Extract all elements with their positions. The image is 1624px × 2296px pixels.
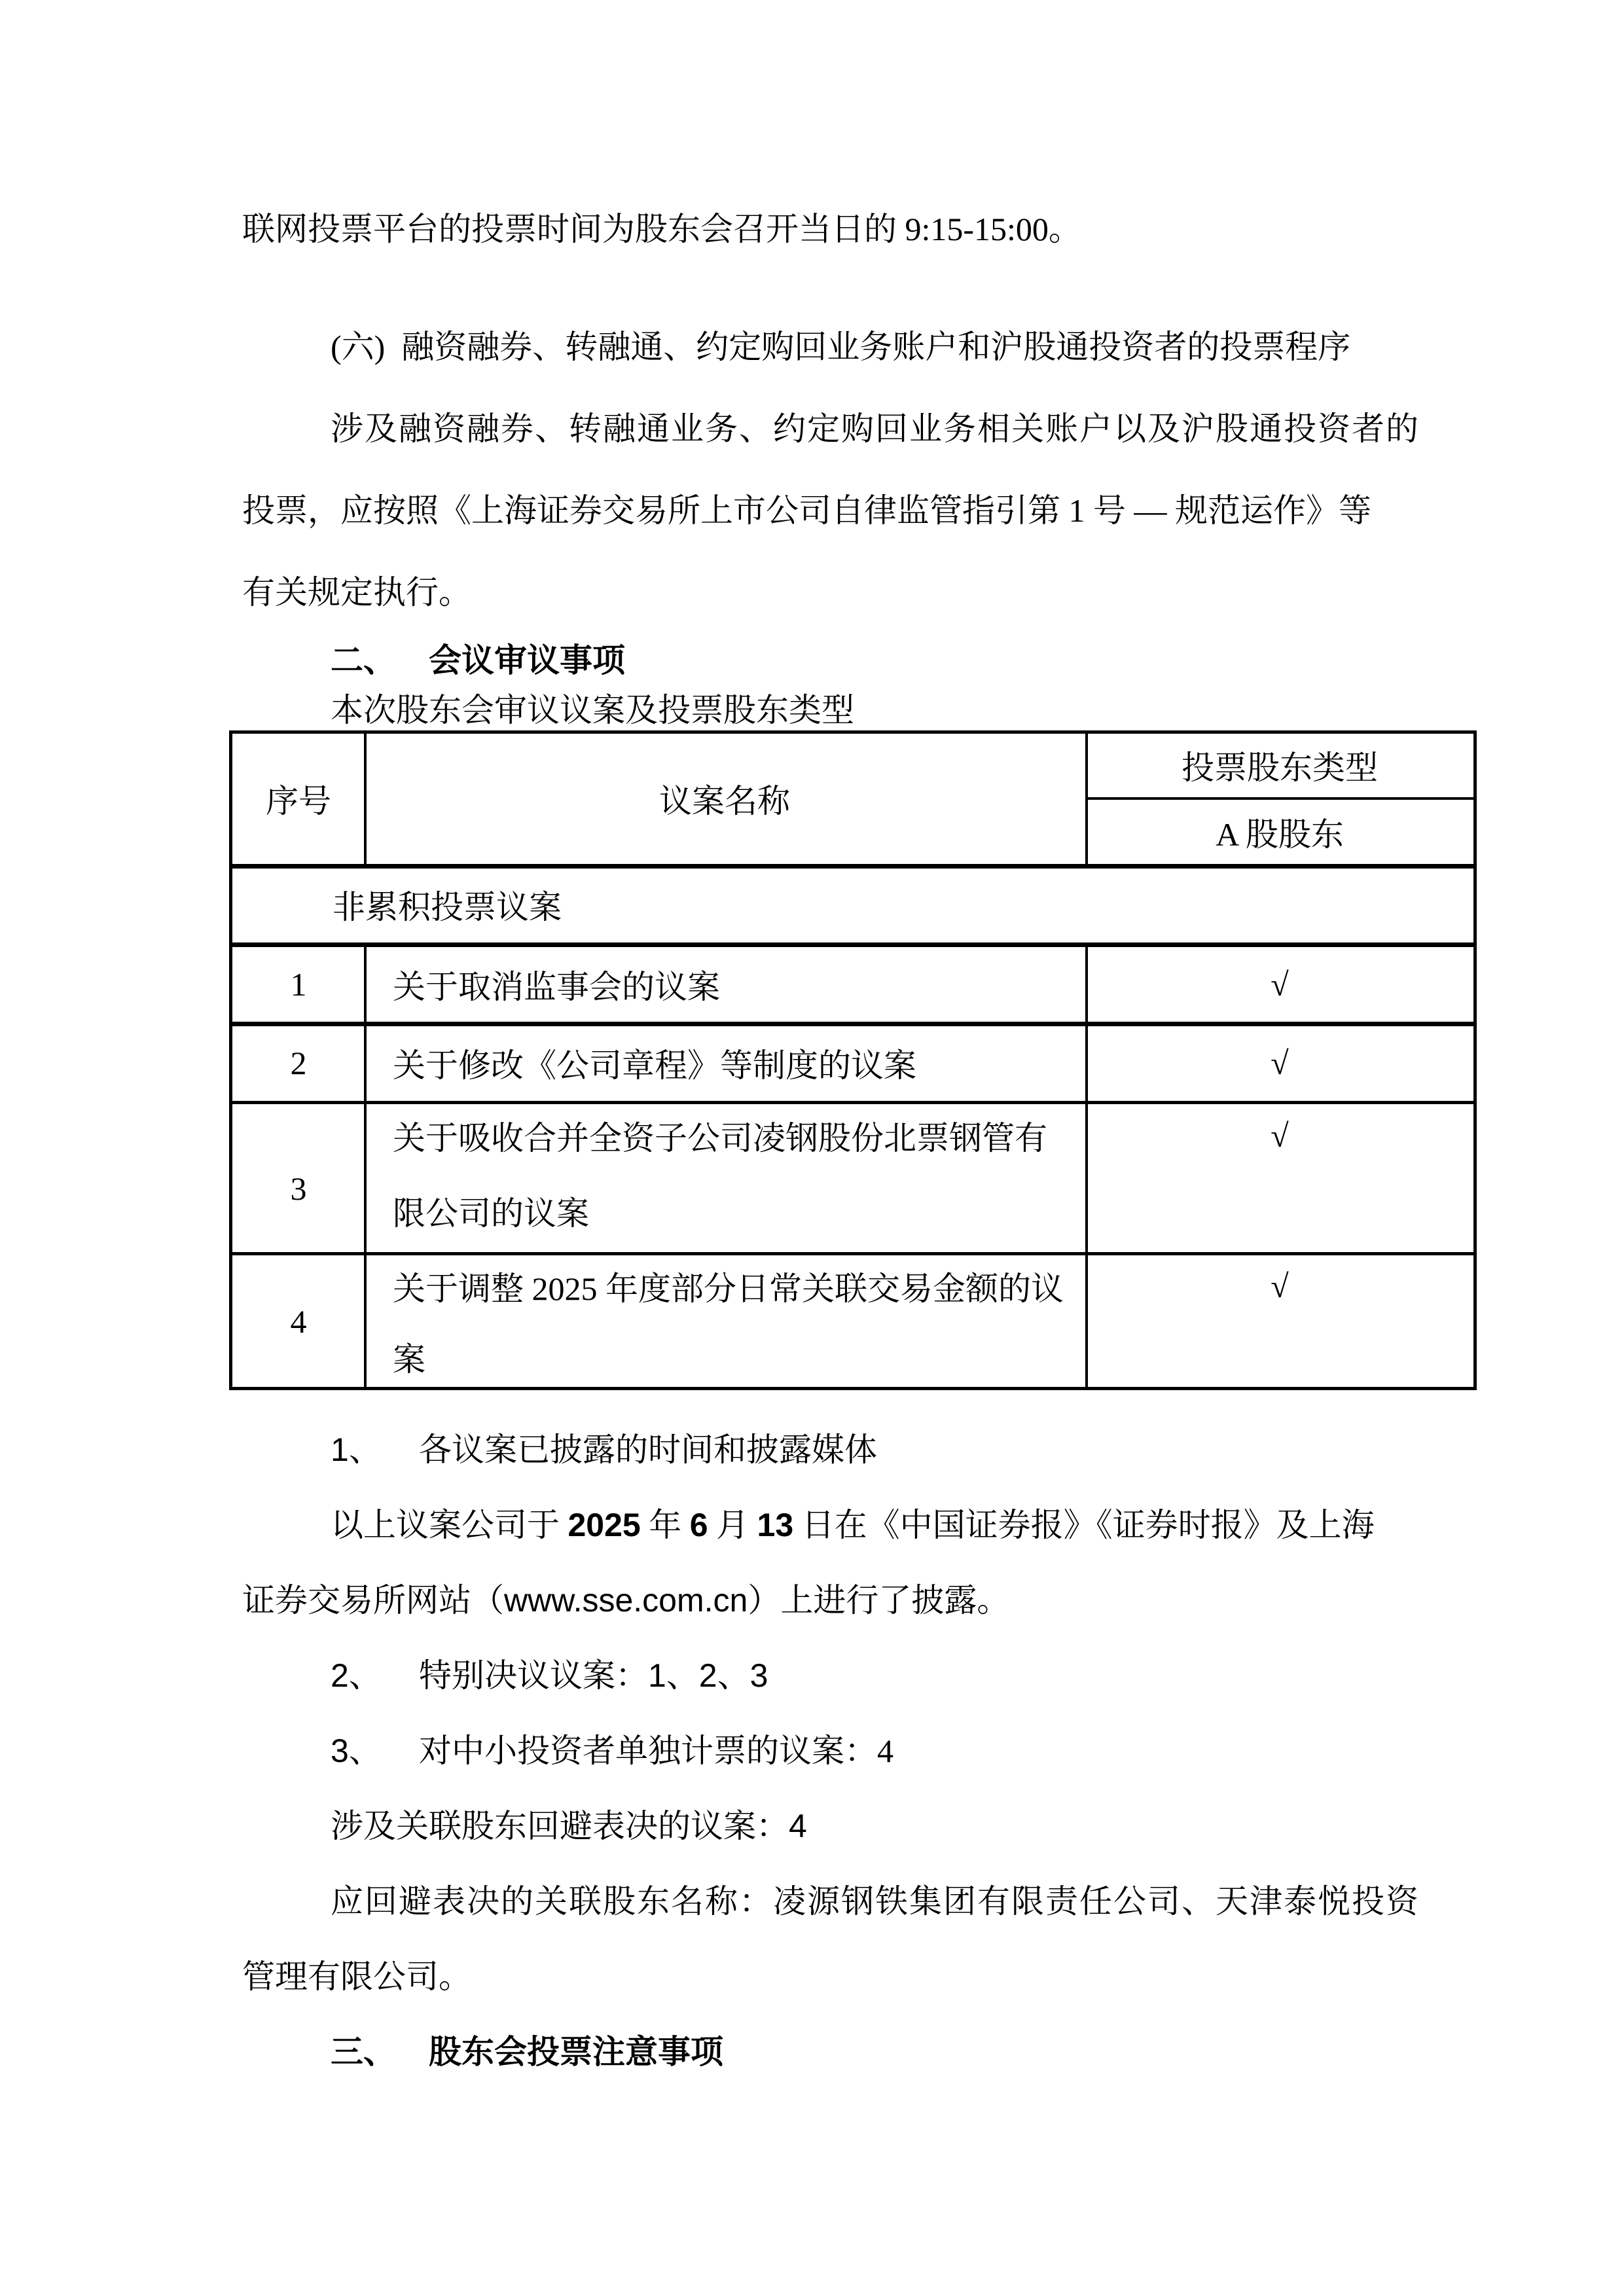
note-related-abstain-value: 4 [789, 1808, 807, 1844]
note3-value: 4 [877, 1732, 893, 1769]
table-divider-horizontal [232, 942, 1473, 947]
disclosure-text: 月 [708, 1507, 757, 1543]
note2-number: 2、 [331, 1635, 419, 1717]
table-divider-horizontal [232, 1022, 1473, 1026]
section3-number: 三、 [331, 2034, 396, 2070]
section6-heading: (六)融资融券、转融通、约定购回业务账户和沪股通投资者的投票程序 [331, 306, 1350, 388]
section6-title: 融资融券、转融通、约定购回业务账户和沪股通投资者的投票程序 [401, 329, 1350, 365]
note-related-abstain-label: 涉及关联股东回避表决的议案： [331, 1808, 789, 1844]
table-row-seq: 4 [291, 1302, 307, 1340]
paragraph-voting-time: 联网投票平台的投票时间为股东会召开当日的 9:15-15:00。 [242, 188, 1081, 270]
table-header-seq: 序号 [266, 775, 331, 822]
disclosure-line1: 以上议案公司于 2025 年 6 月 13 日在《中国证券报》《证券时报》及上海 [331, 1484, 1375, 1566]
disclosure-text: ）上进行了披露。 [748, 1582, 1009, 1619]
table-group-row-non-cumulative: 非累积投票议案 [333, 881, 562, 928]
proposals-table: 序号 议案名称 投票股东类型 A 股股东 非累积投票议案 1 关于取消监事会的议… [229, 730, 1477, 1390]
table-row-proposal-name-line2: 限公司的议案 [393, 1187, 589, 1234]
note3-number: 3、 [331, 1710, 419, 1792]
disclosure-year: 2025 [568, 1507, 641, 1543]
disclosure-text: 日在《中国证券报》《证券时报》及上海 [793, 1507, 1375, 1543]
table-divider-vertical [364, 942, 367, 1387]
section3-title: 股东会投票注意事项 [429, 2034, 723, 2070]
disclosure-text: 证券交易所网站（ [242, 1582, 504, 1619]
document-page: 联网投票平台的投票时间为股东会召开当日的 9:15-15:00。 (六)融资融券… [0, 0, 1624, 2296]
table-header-a-share: A 股股东 [1216, 808, 1344, 855]
table-row-proposal-name-line1: 关于吸收合并全资子公司凌钢股份北票钢管有 [393, 1112, 1047, 1159]
checkmark-a-share: √ [1271, 1117, 1288, 1155]
disclosure-text: 年 [641, 1507, 690, 1543]
disclosure-day: 13 [757, 1507, 794, 1543]
note2-label: 特别决议议案： [419, 1657, 648, 1694]
checkmark-a-share: √ [1271, 1267, 1288, 1305]
sse-website-url: www.sse.com.cn [504, 1582, 748, 1619]
note2-value: 1、2、3 [648, 1657, 768, 1694]
note-related-names-line2: 管理有限公司。 [242, 1936, 471, 2018]
section3-heading: 三、股东会投票注意事项 [331, 2011, 723, 2093]
table-divider-horizontal [232, 864, 1473, 869]
table-divider-vertical [1085, 942, 1088, 1387]
section6-body-line1: 涉及融资融券、转融通业务、约定购回业务相关账户以及沪股通投资者的 [331, 388, 1420, 470]
table-row-proposal-name-line1: 关于调整 2025 年度部分日常关联交易金额的议 [393, 1263, 1064, 1310]
disclosure-line2: 证券交易所网站（www.sse.com.cn）上进行了披露。 [242, 1560, 1009, 1641]
section6-body-line2: 投票，应按照《上海证券交易所上市公司自律监管指引第 1 号 — 规范运作》等 [242, 470, 1371, 552]
note2-special-resolutions: 2、特别决议议案：1、2、3 [331, 1635, 768, 1717]
checkmark-a-share: √ [1271, 1044, 1288, 1082]
table-divider-horizontal [232, 1252, 1473, 1255]
note1-title: 各议案已披露的时间和披露媒体 [419, 1431, 877, 1468]
note1-heading: 1、各议案已披露的时间和披露媒体 [331, 1409, 877, 1491]
table-divider-vertical [364, 734, 367, 864]
table-row-proposal-name-line2: 案 [393, 1333, 425, 1380]
section6-number: (六) [331, 329, 385, 365]
table-divider-horizontal [1085, 797, 1473, 800]
disclosure-text: 以上议案公司于 [331, 1507, 568, 1543]
note3-label: 对中小投资者单独计票的议案： [419, 1732, 877, 1769]
table-row-proposal-name: 关于取消监事会的议案 [393, 961, 720, 1008]
table-row-seq: 2 [291, 1044, 307, 1082]
disclosure-month: 6 [690, 1507, 708, 1543]
note1-number: 1、 [331, 1409, 419, 1491]
table-row-seq: 1 [291, 965, 307, 1003]
checkmark-a-share: √ [1271, 965, 1288, 1003]
note3-separate-count: 3、对中小投资者单独计票的议案：4 [331, 1710, 893, 1792]
note-related-abstain: 涉及关联股东回避表决的议案：4 [331, 1785, 807, 1867]
table-divider-horizontal [232, 1101, 1473, 1104]
table-row-proposal-name: 关于修改《公司章程》等制度的议案 [393, 1039, 916, 1086]
note-related-names-line1: 应回避表决的关联股东名称：凌源钢铁集团有限责任公司、天津泰悦投资 [331, 1861, 1420, 1943]
table-header-name: 议案名称 [659, 775, 790, 822]
table-row-seq: 3 [291, 1170, 307, 1208]
table-header-voter-type: 投票股东类型 [1182, 742, 1378, 789]
